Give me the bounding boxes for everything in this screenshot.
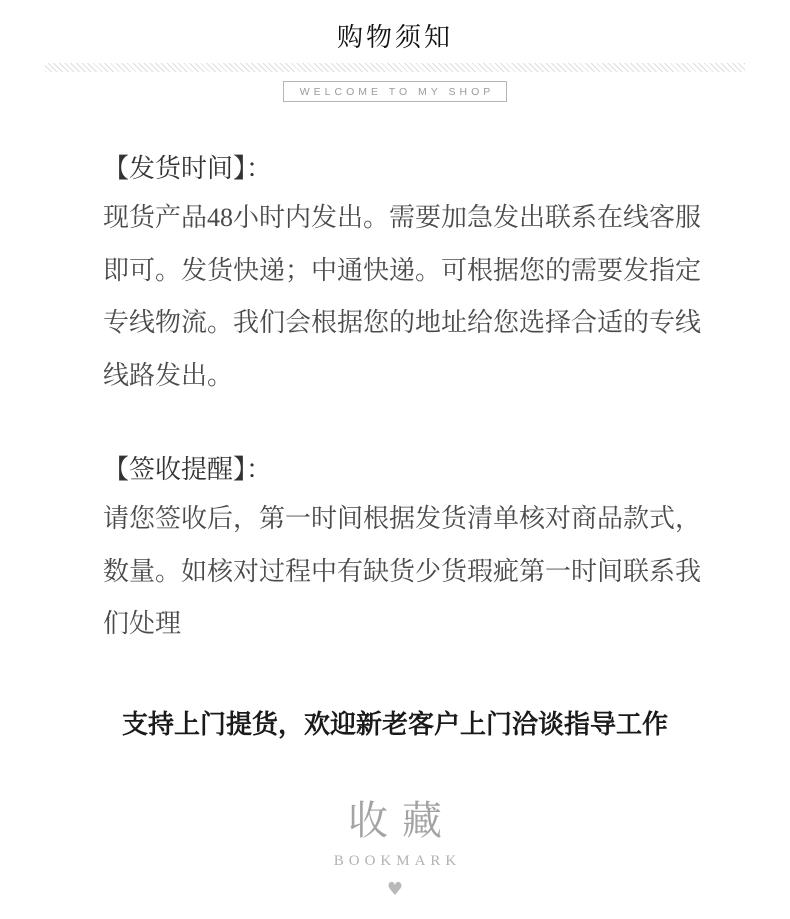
- diagonal-hatch-divider: [45, 63, 745, 72]
- page-title: 购物须知: [0, 0, 790, 55]
- shipping-time-heading: 【发货时间】：: [103, 152, 715, 186]
- bookmark-footer: 收藏 BOOKMARK ♥: [0, 797, 790, 900]
- heart-icon: ♥: [0, 880, 790, 900]
- bookmark-title: 收藏: [0, 797, 790, 845]
- receipt-reminder-body: 请您签收后，第一时间根据发货清单核对商品款式，数量。如核对过程中有缺货少货瑕疵第…: [103, 493, 715, 651]
- shopping-notice-page: 购物须知 WELCOME TO MY SHOP 【发货时间】： 现货产品48小时…: [0, 0, 790, 919]
- pickup-highlight-text: 支持上门提货，欢迎新老客户上门洽谈指导工作: [0, 707, 790, 743]
- receipt-reminder-heading: 【签收提醒】：: [103, 453, 715, 487]
- notice-content: 【发货时间】： 现货产品48小时内发出。需要加急发出联系在线客服即可。发货快递；…: [103, 152, 715, 651]
- shipping-time-body: 现货产品48小时内发出。需要加急发出联系在线客服即可。发货快递；中通快递。可根据…: [103, 192, 715, 402]
- bookmark-subtitle: BOOKMARK: [0, 851, 790, 871]
- welcome-badge: WELCOME TO MY SHOP: [283, 81, 508, 102]
